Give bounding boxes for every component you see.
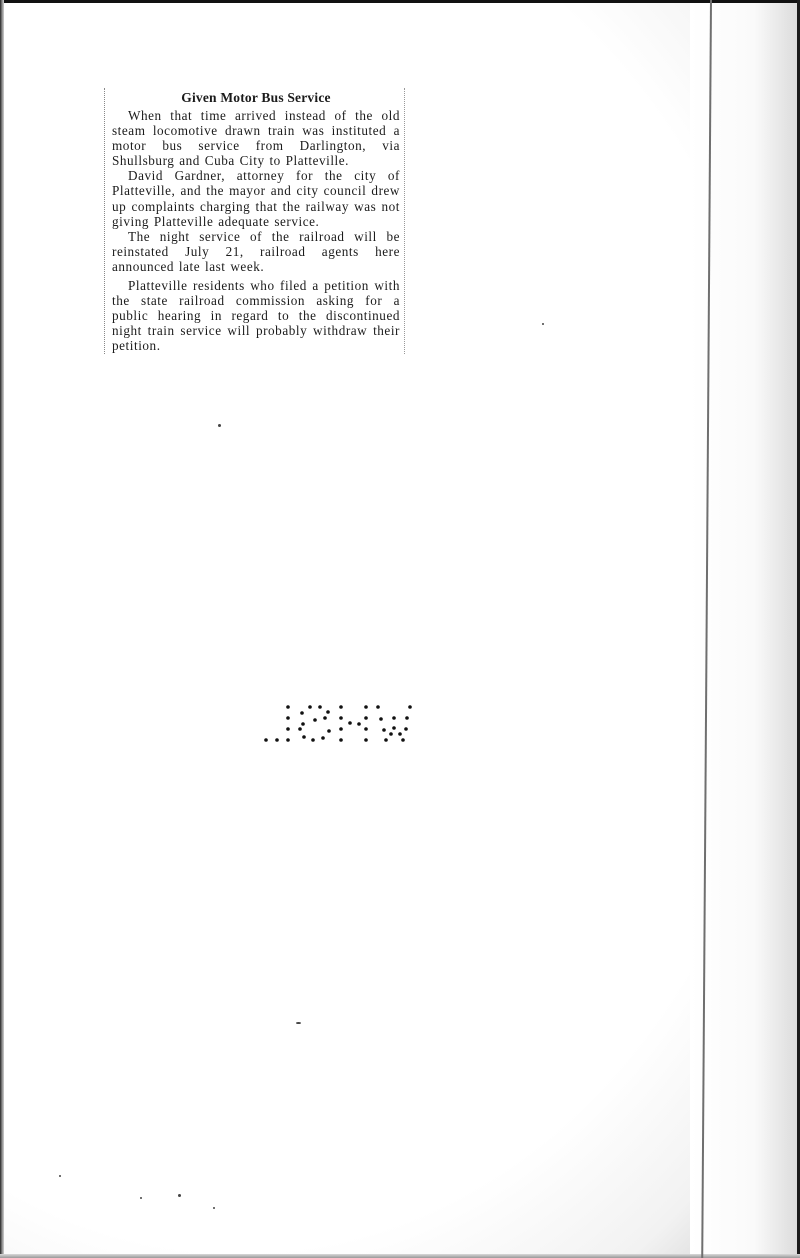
scan-speck xyxy=(178,1194,181,1197)
clipping-paragraph: Platteville residents who filed a petiti… xyxy=(112,278,400,353)
perforated-stamp: ..JCMW xyxy=(262,702,422,744)
clipping-paragraph: David Gardner, attorney for the city of … xyxy=(112,168,400,228)
clipping-paragraph: The night service of the railroad will b… xyxy=(112,229,400,274)
scan-speck xyxy=(213,1207,215,1209)
clipping-headline: Given Motor Bus Service xyxy=(112,90,400,106)
scan-edge-left xyxy=(0,0,4,1258)
clipping-paragraph: When that time arrived instead of the ol… xyxy=(112,108,400,168)
scanned-page: Given Motor Bus Service When that time a… xyxy=(0,0,800,1258)
scan-speck xyxy=(140,1197,142,1199)
scan-speck xyxy=(59,1175,61,1177)
scan-speck xyxy=(542,323,544,325)
scan-edge-top xyxy=(0,0,800,3)
scan-speck xyxy=(218,424,221,427)
newspaper-clipping: Given Motor Bus Service When that time a… xyxy=(104,88,405,354)
scan-edge-bottom xyxy=(0,1254,800,1258)
scan-speck xyxy=(296,1022,301,1024)
